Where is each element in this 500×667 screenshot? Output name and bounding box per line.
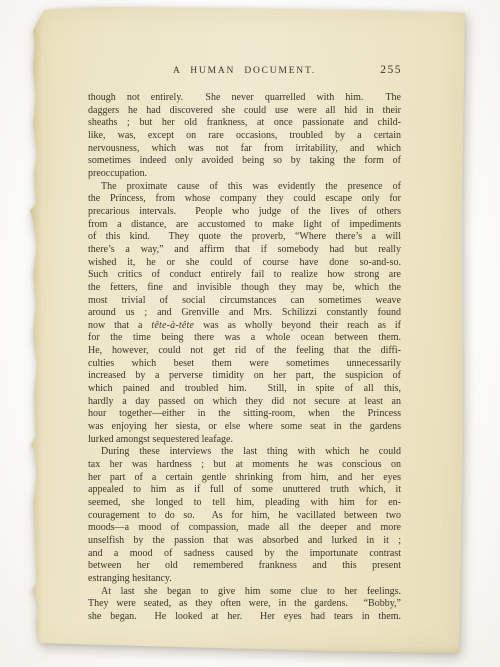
text-line: increased by a perverse timidity on her … xyxy=(88,370,401,383)
text-line: sheaths ; but her old frankness, at once… xyxy=(88,117,401,130)
text-line: though not entirely. She never quarrelle… xyxy=(88,92,401,105)
text-line: preoccupation. xyxy=(88,168,401,181)
text-line: estranging hesitancy. xyxy=(88,573,401,586)
text-line: daggers he had discovered she could use … xyxy=(88,105,401,118)
page-number: 255 xyxy=(380,64,402,76)
text-line: seemed, she longed to tell him, pleading… xyxy=(88,497,401,510)
page-body: though not entirely. She never quarrelle… xyxy=(88,92,401,624)
text-line: sometimes indeed only avoided being so b… xyxy=(88,155,401,168)
text-line: hour together—either in the sitting-room… xyxy=(88,408,401,421)
paper-shadow-wrap: A HUMAN DOCUMENT. 255 though not entirel… xyxy=(0,0,500,667)
text-line: she began. He looked at her. Her eyes ha… xyxy=(88,611,401,624)
text-line: which pained and troubled him. Still, in… xyxy=(88,383,401,396)
text-line: lurked amongst sequestered leafage. xyxy=(88,434,401,447)
torn-edge-shading xyxy=(28,4,42,656)
text-line: couragement to do so. As for him, he vac… xyxy=(88,510,401,523)
text-line: the fetters, fine and invisible though t… xyxy=(88,282,401,295)
text-line: like, was, except on rare occasions, tro… xyxy=(88,130,401,143)
text-line: and a mood of sadness caused by the impo… xyxy=(88,548,401,561)
text-line: her part of a certain gentle shrinking f… xyxy=(88,472,401,485)
text-line: culties which beset them were sometimes … xyxy=(88,358,401,371)
text-line: the Princess, from whose company they co… xyxy=(88,193,401,206)
text-line: hardly a day passed on which they did no… xyxy=(88,396,401,409)
text-line: there’s a way,” and affirm that if someb… xyxy=(88,244,401,257)
text-line: was enjoying her siesta, or else where s… xyxy=(88,421,401,434)
text-line: The proximate cause of this was evidentl… xyxy=(88,181,401,194)
binding-glue-mark xyxy=(32,140,35,150)
text-line: nervousness, which was not far from irri… xyxy=(88,143,401,156)
text-line: appealed to him as if full of some unutt… xyxy=(88,484,401,497)
text-line: wished it, he or she could of course hav… xyxy=(88,257,401,270)
text-line: precarious intervals. People who judge o… xyxy=(88,206,401,219)
bottom-edge-shading xyxy=(28,646,468,656)
text-line: for the time being there was a whole oce… xyxy=(88,332,401,345)
text-line: At last she began to give him some clue … xyxy=(88,586,401,599)
binding-glue-mark xyxy=(33,570,35,578)
text-line: of this kind. They quote the proverb, “W… xyxy=(88,231,401,244)
text-line: He, however, could not get rid of the fe… xyxy=(88,345,401,358)
scan-background: A HUMAN DOCUMENT. 255 though not entirel… xyxy=(0,0,500,667)
text-line: unselfish by the passion that was absorb… xyxy=(88,535,401,548)
text-line: now that a tête-à-tête was as wholly bey… xyxy=(88,320,401,333)
running-header-title: A HUMAN DOCUMENT. xyxy=(88,66,401,76)
text-line: from a distance, are accustomed to make … xyxy=(88,219,401,232)
text-line: between her old remembered frankness and… xyxy=(88,560,401,573)
text-line: tax her was hardness ; but at moments he… xyxy=(88,459,401,472)
running-header: A HUMAN DOCUMENT. 255 xyxy=(88,66,401,80)
text-line: around us ; and Grenville and Mrs. Schil… xyxy=(88,307,401,320)
text-line: They were seated, as they often were, in… xyxy=(88,598,401,611)
text-line: moods—a mood of compassion, made all the… xyxy=(88,522,401,535)
book-page: A HUMAN DOCUMENT. 255 though not entirel… xyxy=(28,4,468,656)
text-line: Such critics of conduct entirely fail to… xyxy=(88,269,401,282)
text-line: During these interviews the last thing w… xyxy=(88,446,401,459)
page-content: A HUMAN DOCUMENT. 255 though not entirel… xyxy=(88,66,401,624)
text-line: most trivial of social circumstances can… xyxy=(88,295,401,308)
